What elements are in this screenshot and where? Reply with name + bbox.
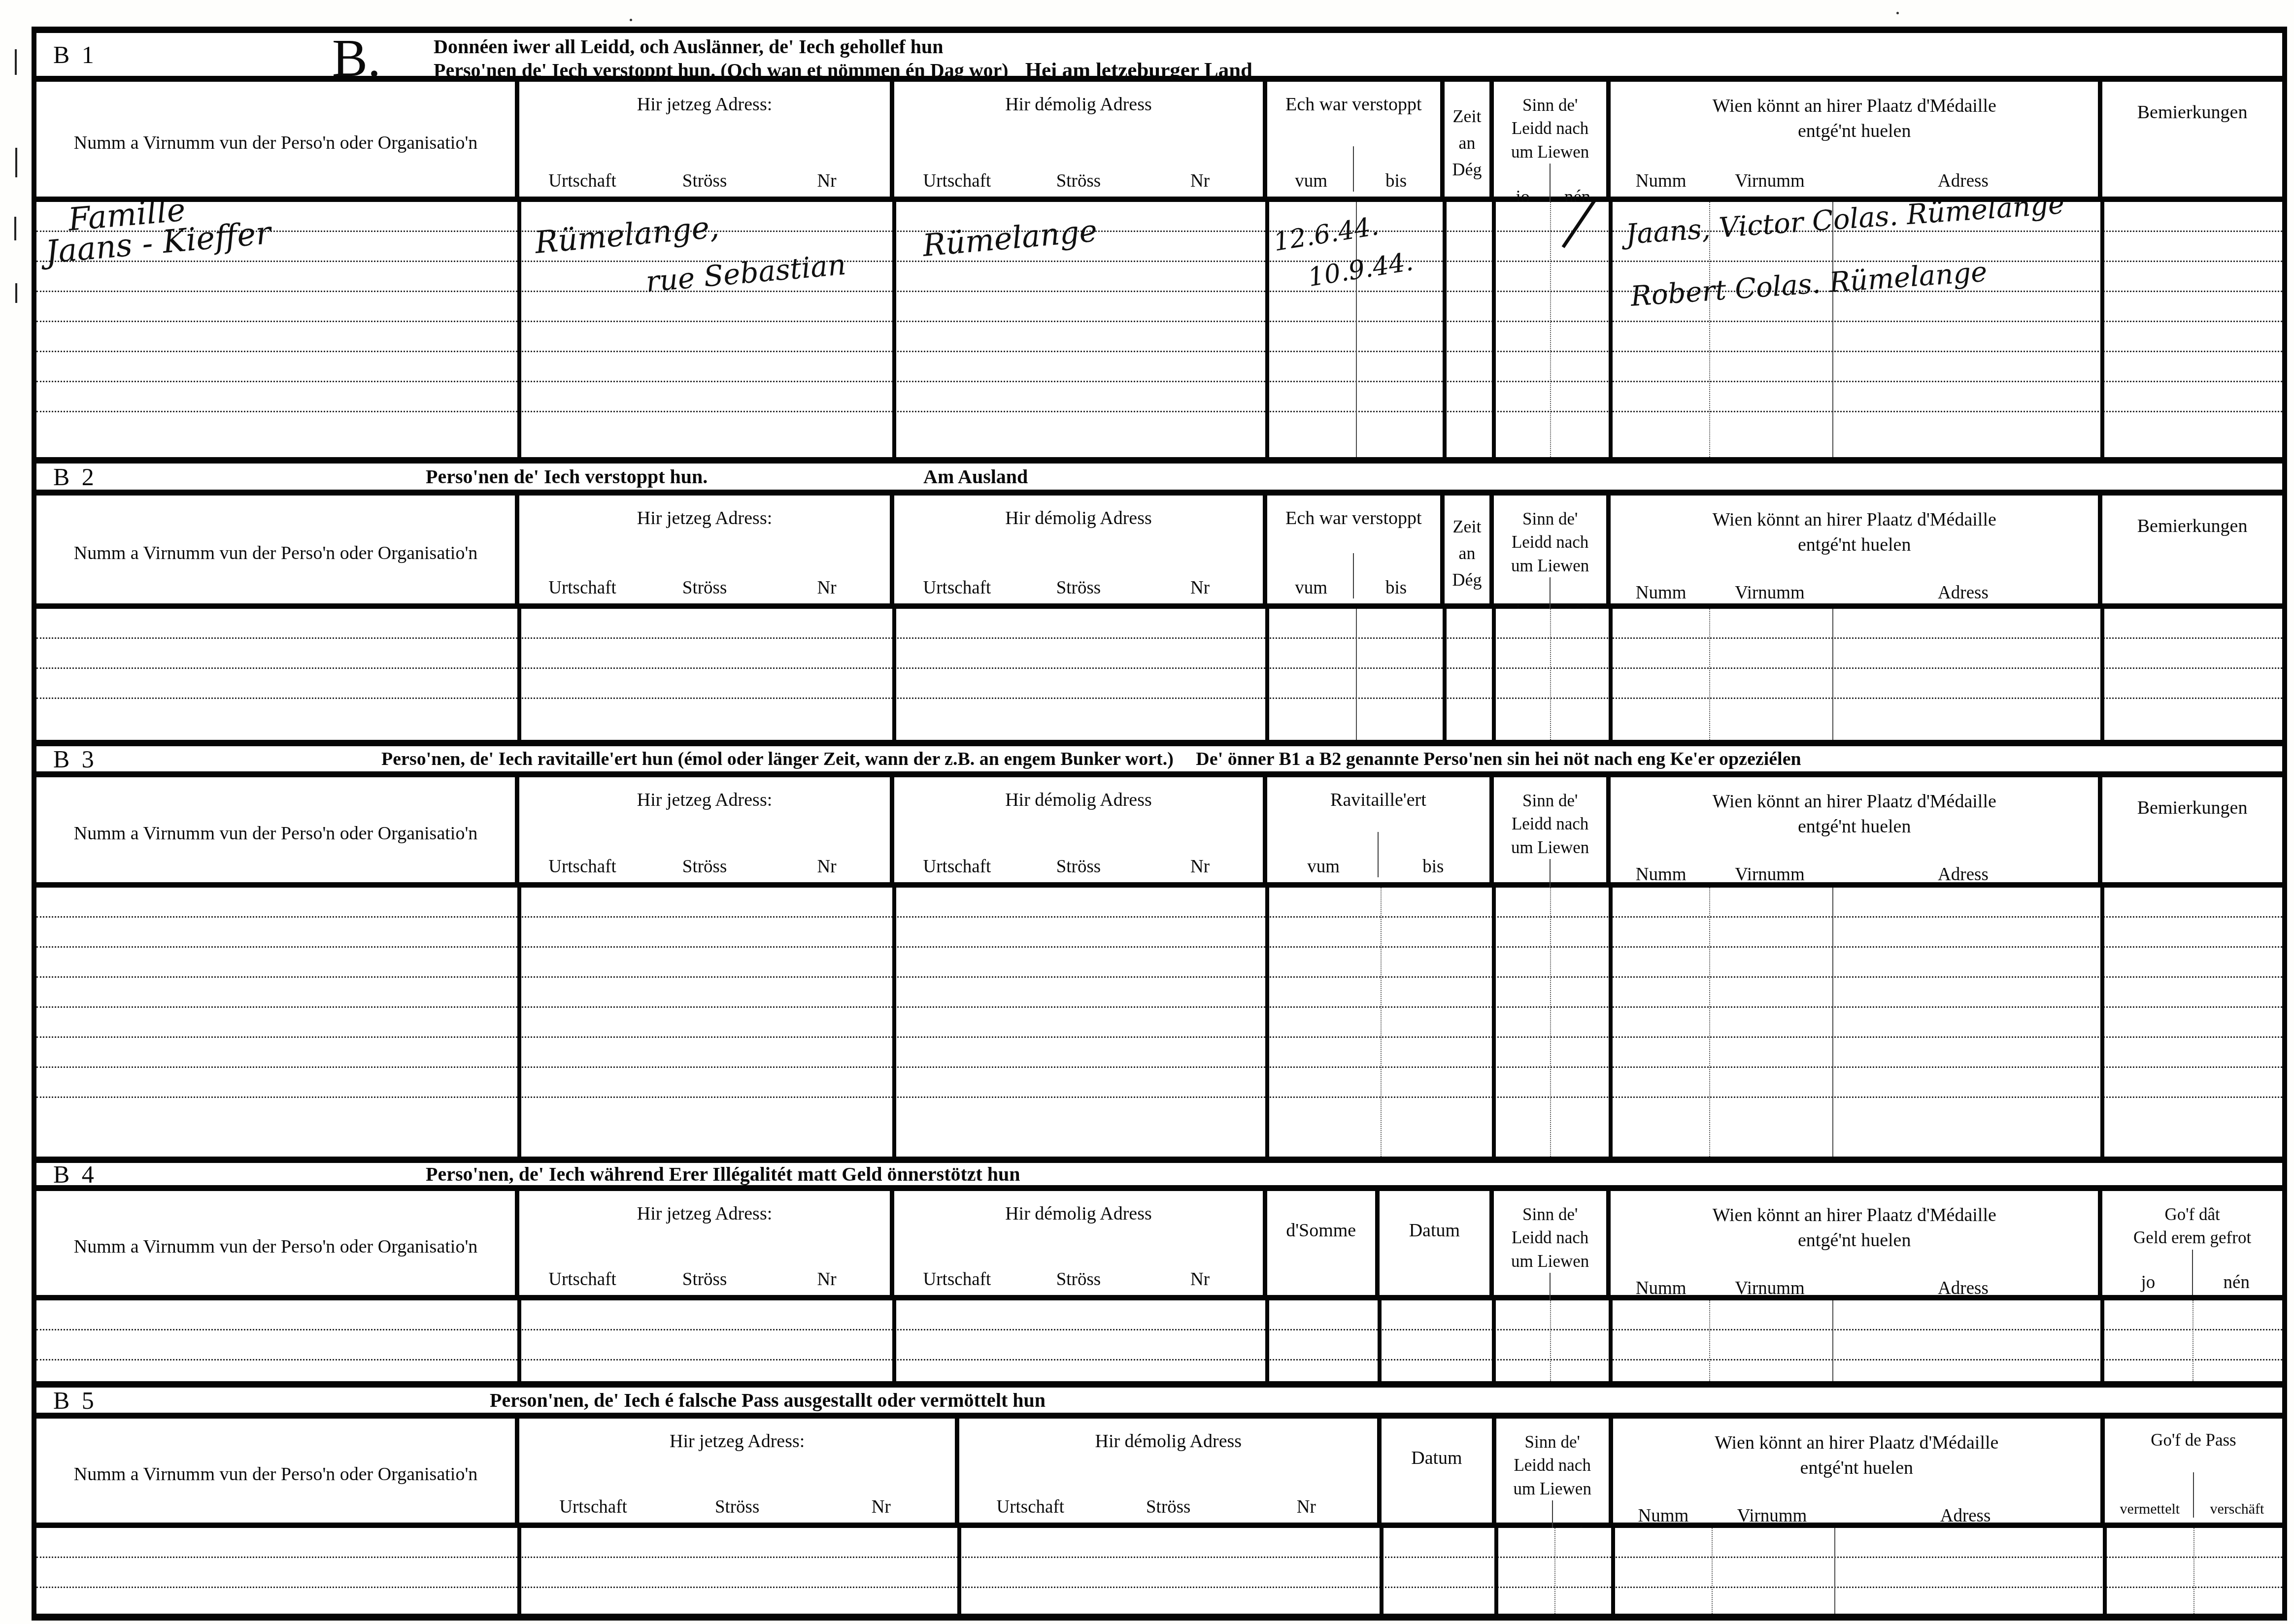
sub-column-divider	[1832, 202, 1833, 457]
b4-table-body	[36, 1300, 2282, 1381]
sub-column-divider	[1550, 1300, 1552, 1381]
column-divider	[1609, 1300, 1613, 1381]
b5-col-current-address: Hir jetzeg Adress: Urtschaft Ströss Nr	[519, 1419, 959, 1523]
section-b2-subtitle: Am Ausland	[923, 465, 1028, 488]
ruled-row	[36, 382, 2282, 412]
b1-medal-subheaders: Numm Virnumm Adress	[1613, 146, 2096, 192]
section-b1-titlebar: B 1 B. Donnéen iwer all Leidd, och Auslä…	[36, 27, 2282, 82]
b4-col-former-address: Hir démolig Adress Urtschaft Ströss Nr	[894, 1191, 1267, 1295]
b4-col-medal: Wien könnt an hirer Plaatz d'Médaille en…	[1611, 1191, 2102, 1295]
sub-column-divider	[1554, 1528, 1556, 1614]
b3-ravitailleert-subheaders: vum bis	[1269, 832, 1487, 877]
b5-col-alive: Sinn de' Leidd nach um Liewen jo nén	[1496, 1419, 1613, 1523]
ruled-row	[36, 948, 2282, 978]
b4-col-current-address: Hir jetzeg Adress: Urtschaft Ströss Nr	[519, 1191, 894, 1295]
column-divider	[1492, 609, 1496, 740]
b5-pass-subheaders: vermettelt verschäft	[2107, 1472, 2280, 1518]
b2-former-address-subheaders: Urtschaft Ströss Nr	[896, 553, 1261, 598]
section-b3-label: B 3	[53, 745, 97, 773]
b4-current-address-subheaders: Urtschaft Ströss Nr	[521, 1245, 888, 1290]
b5-col-pass-issued: Go'f de Pass vermettelt verschäft	[2105, 1419, 2282, 1523]
ruled-row	[36, 322, 2282, 352]
b4-money-returned-subheaders: jo nén	[2104, 1250, 2280, 1295]
ruled-row	[36, 669, 2282, 699]
b1-table-body: Famille Jaans - Kieffer Rümelange, rue S…	[36, 202, 2282, 457]
b5-former-address-subheaders: Urtschaft Ströss Nr	[961, 1472, 1375, 1518]
b2-col-former-address: Hir démolig Adress Urtschaft Ströss Nr	[894, 496, 1267, 603]
b1-col-alive: Sinn de' Leidd nach um Liewen jo nén	[1494, 82, 1611, 197]
b1-title-line2: Perso'nen de' Iech verstoppt hun. (Och w…	[434, 58, 1252, 83]
b4-medal-label: Wien könnt an hirer Plaatz d'Médaille en…	[1613, 1203, 2096, 1254]
b1-col-zeit-an-deg: Zeit an Dég	[1445, 82, 1494, 197]
sub-column-divider	[1550, 202, 1552, 457]
b3-title-part2: De' önner B1 a B2 genannte Perso'nen sin…	[1196, 748, 1801, 769]
column-divider	[517, 888, 521, 1157]
b5-col-datum: Datum	[1382, 1419, 1496, 1523]
b5-header-row: Numm a Virnumm vun der Perso'n oder Orga…	[36, 1419, 2282, 1528]
section-b5-label: B 5	[53, 1386, 97, 1415]
column-divider	[957, 1528, 961, 1614]
b4-col-datum: Datum	[1380, 1191, 1494, 1295]
b2-col-alive: Sinn de' Leidd nach um Liewen jo nén	[1494, 496, 1611, 603]
column-divider	[1378, 1300, 1382, 1381]
ruled-row	[36, 412, 2282, 442]
b3-medal-subheaders: Numm Virnumm Adress	[1613, 840, 2096, 885]
section-b2-label: B 2	[53, 463, 97, 491]
column-divider	[1611, 1528, 1615, 1614]
sub-column-divider	[1550, 888, 1552, 1157]
b2-alive-label: Sinn de' Leidd nach um Liewen	[1496, 507, 1604, 577]
section-b4-title: Perso'nen, de' Iech während Erer Illégal…	[426, 1162, 1020, 1186]
b1-col-hidden: Ech war verstoppt vum bis	[1267, 82, 1445, 197]
b5-current-address-subheaders: Urtschaft Ströss Nr	[521, 1472, 953, 1518]
column-divider	[1265, 202, 1269, 457]
b1-hidden-subheaders: vum bis	[1269, 146, 1438, 192]
column-divider	[2100, 202, 2104, 457]
ruled-row	[36, 978, 2282, 1008]
scan-speck	[630, 19, 632, 21]
scan-speck	[1896, 12, 1899, 14]
b3-current-address-subheaders: Urtschaft Ströss Nr	[521, 832, 888, 877]
column-divider	[1492, 1300, 1496, 1381]
column-divider	[892, 609, 896, 740]
ruled-row	[36, 888, 2282, 918]
b5-col-name: Numm a Virnumm vun der Perso'n oder Orga…	[36, 1419, 519, 1523]
b2-hidden-subheaders: vum bis	[1269, 553, 1438, 598]
b3-col-ravitailleert: Ravitaille'ert vum bis	[1267, 777, 1494, 882]
b3-col-former-address: Hir démolig Adress Urtschaft Ströss Nr	[894, 777, 1267, 882]
column-divider	[1443, 202, 1447, 457]
column-divider	[1443, 609, 1447, 740]
b1-medal-label: Wien könnt an hirer Plaatz d'Médaille en…	[1613, 94, 2096, 144]
b4-medal-subheaders: Numm Virnumm Adress	[1613, 1254, 2096, 1299]
column-divider	[892, 888, 896, 1157]
column-divider	[517, 1300, 521, 1381]
b1-title-emphasis: Hei am letzeburger Land	[1025, 59, 1252, 82]
b3-col-medal: Wien könnt an hirer Plaatz d'Médaille en…	[1611, 777, 2102, 882]
b3-col-remarks: Bemierkungen	[2102, 777, 2282, 882]
column-divider	[892, 202, 896, 457]
b3-table-body	[36, 888, 2282, 1157]
b3-col-alive: Sinn de' Leidd nach um Liewen jo nén	[1494, 777, 1611, 882]
b2-header-row: Numm a Virnumm vun der Perso'n oder Orga…	[36, 496, 2282, 609]
column-divider	[1265, 609, 1269, 740]
b1-col-former-address: Hir démolig Adress Urtschaft Ströss Nr	[894, 82, 1267, 197]
b2-col-hidden: Ech war verstoppt vum bis	[1267, 496, 1445, 603]
b3-former-address-subheaders: Urtschaft Ströss Nr	[896, 832, 1261, 877]
section-b3-titlebar: B 3 Perso'nen, de' Iech ravitaille'ert h…	[36, 740, 2282, 777]
column-divider	[517, 609, 521, 740]
b5-medal-subheaders: Numm Virnumm Adress	[1615, 1481, 2098, 1526]
b4-money-returned-label: Go'f dât Geld erem gefrot	[2104, 1203, 2280, 1250]
b5-pass-label: Go'f de Pass	[2107, 1430, 2280, 1450]
ruled-row	[36, 352, 2282, 382]
b4-col-name: Numm a Virnumm vun der Perso'n oder Orga…	[36, 1191, 519, 1295]
scan-edge-mark	[15, 283, 17, 303]
b4-col-alive: Sinn de' Leidd nach um Liewen jo nén	[1494, 1191, 1611, 1295]
sub-column-divider	[1712, 1528, 1714, 1614]
ruled-row	[36, 918, 2282, 948]
sub-column-divider	[1356, 609, 1357, 740]
ruled-row	[36, 699, 2282, 729]
sub-column-divider	[1834, 1528, 1835, 1614]
column-divider	[517, 1528, 521, 1614]
scanned-form-page: B 1 B. Donnéen iwer all Leidd, och Auslä…	[0, 0, 2294, 1624]
column-divider	[1609, 202, 1613, 457]
column-divider	[1609, 609, 1613, 740]
column-divider	[1494, 1528, 1498, 1614]
b4-alive-label: Sinn de' Leidd nach um Liewen	[1496, 1203, 1604, 1273]
b4-col-money-returned: Go'f dât Geld erem gefrot jo nén	[2102, 1191, 2282, 1295]
ruled-row	[36, 1008, 2282, 1038]
b2-col-remarks: Bemierkungen	[2102, 496, 2282, 603]
section-b4-label: B 4	[53, 1160, 97, 1189]
b5-col-medal: Wien könnt an hirer Plaatz d'Médaille en…	[1613, 1419, 2105, 1523]
ruled-row	[36, 232, 2282, 262]
b3-alive-label: Sinn de' Leidd nach um Liewen	[1496, 789, 1604, 859]
b5-alive-label: Sinn de' Leidd nach um Liewen	[1498, 1430, 1607, 1500]
ruled-row	[36, 1558, 2282, 1588]
b1-col-remarks: Bemierkungen	[2102, 82, 2282, 197]
section-b4-titlebar: B 4 Perso'nen, de' Iech während Erer Ill…	[36, 1157, 2282, 1191]
ruled-row	[36, 292, 2282, 322]
scan-edge-mark	[15, 49, 17, 75]
section-b5-titlebar: B 5 Person'nen, de' Iech é falsche Pass …	[36, 1381, 2282, 1419]
sub-column-divider	[2193, 1528, 2195, 1614]
sub-column-divider	[1550, 609, 1552, 740]
column-divider	[1492, 202, 1496, 457]
column-divider	[1492, 888, 1496, 1157]
ruled-row	[36, 1038, 2282, 1068]
column-divider	[517, 202, 521, 457]
b2-current-address-subheaders: Urtschaft Ströss Nr	[521, 553, 888, 598]
sub-column-divider	[1709, 1300, 1711, 1381]
b2-col-medal: Wien könnt an hirer Plaatz d'Médaille en…	[1611, 496, 2102, 603]
b3-medal-label: Wien könnt an hirer Plaatz d'Médaille en…	[1613, 789, 2096, 840]
b2-col-current-address: Hir jetzeg Adress: Urtschaft Ströss Nr	[519, 496, 894, 603]
ruled-row	[36, 1300, 2282, 1330]
ruled-row	[36, 1528, 2282, 1558]
sub-column-divider	[1381, 888, 1383, 1157]
ruled-row	[36, 609, 2282, 639]
section-b3-title: Perso'nen, de' Iech ravitaille'ert hun (…	[381, 748, 1801, 770]
b5-col-former-address: Hir démolig Adress Urtschaft Ströss Nr	[959, 1419, 1382, 1523]
section-b-letter: B.	[332, 28, 381, 89]
b5-medal-label: Wien könnt an hirer Plaatz d'Médaille en…	[1615, 1430, 2098, 1481]
b2-medal-subheaders: Numm Virnumm Adress	[1613, 558, 2096, 603]
section-b2-titlebar: B 2 Perso'nen de' Iech verstoppt hun. Am…	[36, 457, 2282, 496]
form-bottom-border	[36, 1614, 2282, 1621]
column-divider	[1609, 888, 1613, 1157]
b1-title-line1: Donnéen iwer all Leidd, och Auslänner, d…	[434, 35, 1252, 58]
b4-header-row: Numm a Virnumm vun der Perso'n oder Orga…	[36, 1191, 2282, 1300]
b4-col-somme: d'Somme	[1267, 1191, 1380, 1295]
ruled-row	[36, 1098, 2282, 1128]
b1-col-medal: Wien könnt an hirer Plaatz d'Médaille en…	[1611, 82, 2102, 197]
scan-edge-mark	[15, 148, 17, 177]
column-divider	[2103, 1528, 2107, 1614]
ruled-row	[36, 1330, 2282, 1360]
sub-column-divider	[1709, 609, 1711, 740]
b2-medal-label: Wien könnt an hirer Plaatz d'Médaille en…	[1613, 507, 2096, 558]
ruled-row	[36, 639, 2282, 669]
b2-table-body	[36, 609, 2282, 740]
column-divider	[2100, 888, 2104, 1157]
b3-header-row: Numm a Virnumm vun der Perso'n oder Orga…	[36, 777, 2282, 888]
column-divider	[1265, 888, 1269, 1157]
b1-header-row: Numm a Virnumm vun der Perso'n oder Orga…	[36, 82, 2282, 202]
column-divider	[2100, 1300, 2104, 1381]
b1-current-address-subheaders: Urtschaft Ströss Nr	[521, 146, 888, 192]
section-b1-title: Donnéen iwer all Leidd, och Auslänner, d…	[434, 35, 1252, 83]
sub-column-divider	[1832, 888, 1833, 1157]
b1-col-name: Numm a Virnumm vun der Perso'n oder Orga…	[36, 82, 519, 197]
column-divider	[1380, 1528, 1383, 1614]
b1-alive-label: Sinn de' Leidd nach um Liewen	[1496, 94, 1604, 164]
sub-column-divider	[1832, 609, 1833, 740]
sub-column-divider	[2193, 1300, 2194, 1381]
column-divider	[892, 1300, 896, 1381]
questionnaire-form: B 1 B. Donnéen iwer all Leidd, och Auslä…	[32, 27, 2287, 1621]
b1-former-address-subheaders: Urtschaft Ströss Nr	[896, 146, 1261, 192]
b3-col-name: Numm a Virnumm vun der Perso'n oder Orga…	[36, 777, 519, 882]
section-b1-label: B 1	[53, 40, 97, 69]
column-divider	[1265, 1300, 1269, 1381]
ruled-row	[36, 1068, 2282, 1098]
b2-col-name: Numm a Virnumm vun der Perso'n oder Orga…	[36, 496, 519, 603]
column-divider	[2100, 609, 2104, 740]
section-b5-title: Person'nen, de' Iech é falsche Pass ausg…	[490, 1389, 1046, 1412]
b3-col-current-address: Hir jetzeg Adress: Urtschaft Ströss Nr	[519, 777, 894, 882]
b5-table-body	[36, 1528, 2282, 1614]
section-b2-title: Perso'nen de' Iech verstoppt hun.	[426, 465, 708, 488]
sub-column-divider	[1832, 1300, 1833, 1381]
sub-column-divider	[1709, 888, 1711, 1157]
b1-col-current-address: Hir jetzeg Adress: Urtschaft Ströss Nr	[519, 82, 894, 197]
b4-former-address-subheaders: Urtschaft Ströss Nr	[896, 1245, 1261, 1290]
scan-edge-mark	[14, 217, 16, 240]
b2-col-zeit-an-deg: Zeit an Dég	[1445, 496, 1494, 603]
